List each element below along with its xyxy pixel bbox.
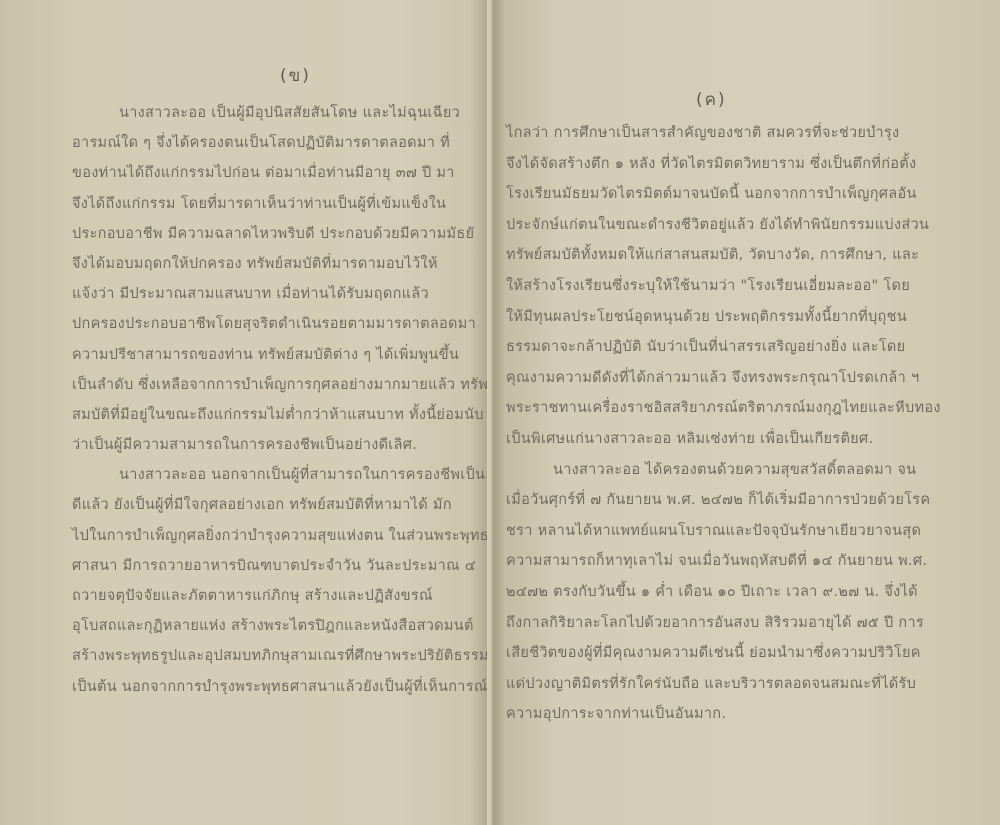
text-line: นางสาวละออ นอกจากเป็นผู้ที่สามารถในการคร… (72, 460, 492, 490)
text-line: นางสาวละออ ได้ครองตนด้วยความสุขสวัสดิ์ตล… (506, 455, 956, 486)
text-line: แจ้งว่า มีประมาณสามแสนบาท เมื่อท่านได้รั… (72, 279, 492, 309)
text-line: พระราชทานเครื่องราชอิสสริยาภรณ์ตริตาภรณ์… (506, 393, 956, 424)
text-line: ความปรีชาสามารถของท่าน ทรัพย์สมบัติต่าง … (72, 340, 492, 370)
text-line: จึงได้มอบมฤดกให้ปกครอง ทรัพย์สมบัติที่มา… (72, 249, 492, 279)
text-line: ของท่านได้ถึงแก่กรรมไปก่อน ต่อมาเมื่อท่า… (72, 158, 492, 188)
text-line: ทรัพย์สมบัติทั้งหมดให้แก่สาสนสมบัติ, วัด… (506, 240, 956, 271)
text-line: ไกลว่า การศึกษาเป็นสารสำคัญของชาติ สมควร… (506, 118, 956, 149)
text-line: ธรรมดาจะกล้าปฏิบัติ นับว่าเป็นที่น่าสรรเ… (506, 332, 956, 363)
text-line: ปกครองประกอบอาชีพโดยสุจริตดำเนินรอยตามมา… (72, 309, 492, 339)
page-number-right: (ค) (696, 86, 727, 113)
text-line: ให้สร้างโรงเรียนซึ่งระบุให้ใช้นามว่า "โร… (506, 271, 956, 302)
text-line: ถวายจตุปัจจัยและภัตตาหารแก่ภิกษุ สร้างแล… (72, 581, 492, 611)
text-line: อุโบสถและกุฏิหลายแห่ง สร้างพระไตรปิฎกและ… (72, 611, 492, 641)
text-line: ว่าเป็นผู้มีความสามารถในการครองชีพเป็นอย… (72, 430, 492, 460)
text-line: ชรา หลานได้หาแพทย์แผนโบราณและปัจจุบันรัก… (506, 516, 956, 547)
open-book-spread: (ข) นางสาวละออ เป็นผู้มีอุปนิสสัยสันโดษ … (0, 0, 1000, 825)
text-line: ประกอบอาชีพ มีความฉลาดไหวพริบดี ประกอบด้… (72, 219, 492, 249)
text-line: แด่ปวงญาติมิตรที่รักใคร่นับถือ และบริวาร… (506, 669, 956, 700)
text-line: อารมณ์ใด ๆ จึ่งได้ครองตนเป็นโสดปฏิบัติมา… (72, 128, 492, 158)
text-line: เมื่อวันศุกร์ที่ ๗ กันยายน พ.ศ. ๒๔๗๒ ก็ไ… (506, 485, 956, 516)
text-line: เป็นลำดับ ซึ่งเหลือจากการบำเพ็ญการกุศลอย… (72, 370, 492, 400)
text-line: จึงได้ถึงแก่กรรม โดยที่มารดาเห็นว่าท่านเ… (72, 189, 492, 219)
text-line: ความสามารถก็หาทุเลาไม่ จนเมื่อวันพฤหัสบด… (506, 546, 956, 577)
text-line: เป็นพิเศษแก่นางสาวละออ หลิมเซ่งท่าย เพื่… (506, 424, 956, 455)
text-line: นางสาวละออ เป็นผู้มีอุปนิสสัยสันโดษ และไ… (72, 98, 492, 128)
left-page-text: นางสาวละออ เป็นผู้มีอุปนิสสัยสันโดษ และไ… (72, 98, 492, 702)
text-line: ดีแล้ว ยังเป็นผู้ที่มีใจกุศลอย่างเอก ทรั… (72, 490, 492, 520)
text-line: ประจักษ์แก่ตนในขณะดำรงชีวิตอยู่แล้ว ยังไ… (506, 210, 956, 241)
text-line: สมบัติที่มีอยู่ในขณะถึงแก่กรรมไม่ต่ำกว่า… (72, 400, 492, 430)
right-page: (ค) ไกลว่า การศึกษาเป็นสารสำคัญของชาติ ส… (496, 0, 1000, 825)
page-number-left: (ข) (280, 62, 311, 89)
text-line: สร้างพระพุทธรูปและอุปสมบทภิกษุสามเณรที่ศ… (72, 641, 492, 671)
text-line: จึงได้จัดสร้างตึก ๑ หลัง ที่วัดไตรมิตตวิ… (506, 149, 956, 180)
text-line: ให้มีทุนผลประโยชน์อุดหนุนด้วย ประพฤติกรร… (506, 302, 956, 333)
text-line: ความอุปการะจากท่านเป็นอันมาก. (506, 699, 956, 730)
text-line: ไปในการบำเพ็ญกุศลยิ่งกว่าบำรุงความสุขแห่… (72, 521, 492, 551)
text-line: ๒๔๗๒ ตรงกับวันขึ้น ๑ ค่ำ เดือน ๑๐ ปีเถาะ… (506, 577, 956, 608)
text-line: เสียชีวิตของผู้ที่มีคุณงามความดีเช่นนี้ … (506, 638, 956, 669)
text-line: เป็นต้น นอกจากการบำรุงพระพุทธศาสนาแล้วยั… (72, 672, 492, 702)
text-line: ถึงกาลกิริยาละโลกไปด้วยอาการอันสงบ สิริร… (506, 608, 956, 639)
text-line: ศาสนา มีการถวายอาหารบิณฑบาตประจำวัน วันล… (72, 551, 492, 581)
right-page-text: ไกลว่า การศึกษาเป็นสารสำคัญของชาติ สมควร… (506, 118, 956, 730)
text-line: โรงเรียนมัธยมวัดไตรมิตต์มาจนบัดนี้ นอกจา… (506, 179, 956, 210)
text-line: คุณงามความดีดังที่ได้กล่าวมาแล้ว จึงทรงพ… (506, 363, 956, 394)
left-page: (ข) นางสาวละออ เป็นผู้มีอุปนิสสัยสันโดษ … (0, 0, 492, 825)
